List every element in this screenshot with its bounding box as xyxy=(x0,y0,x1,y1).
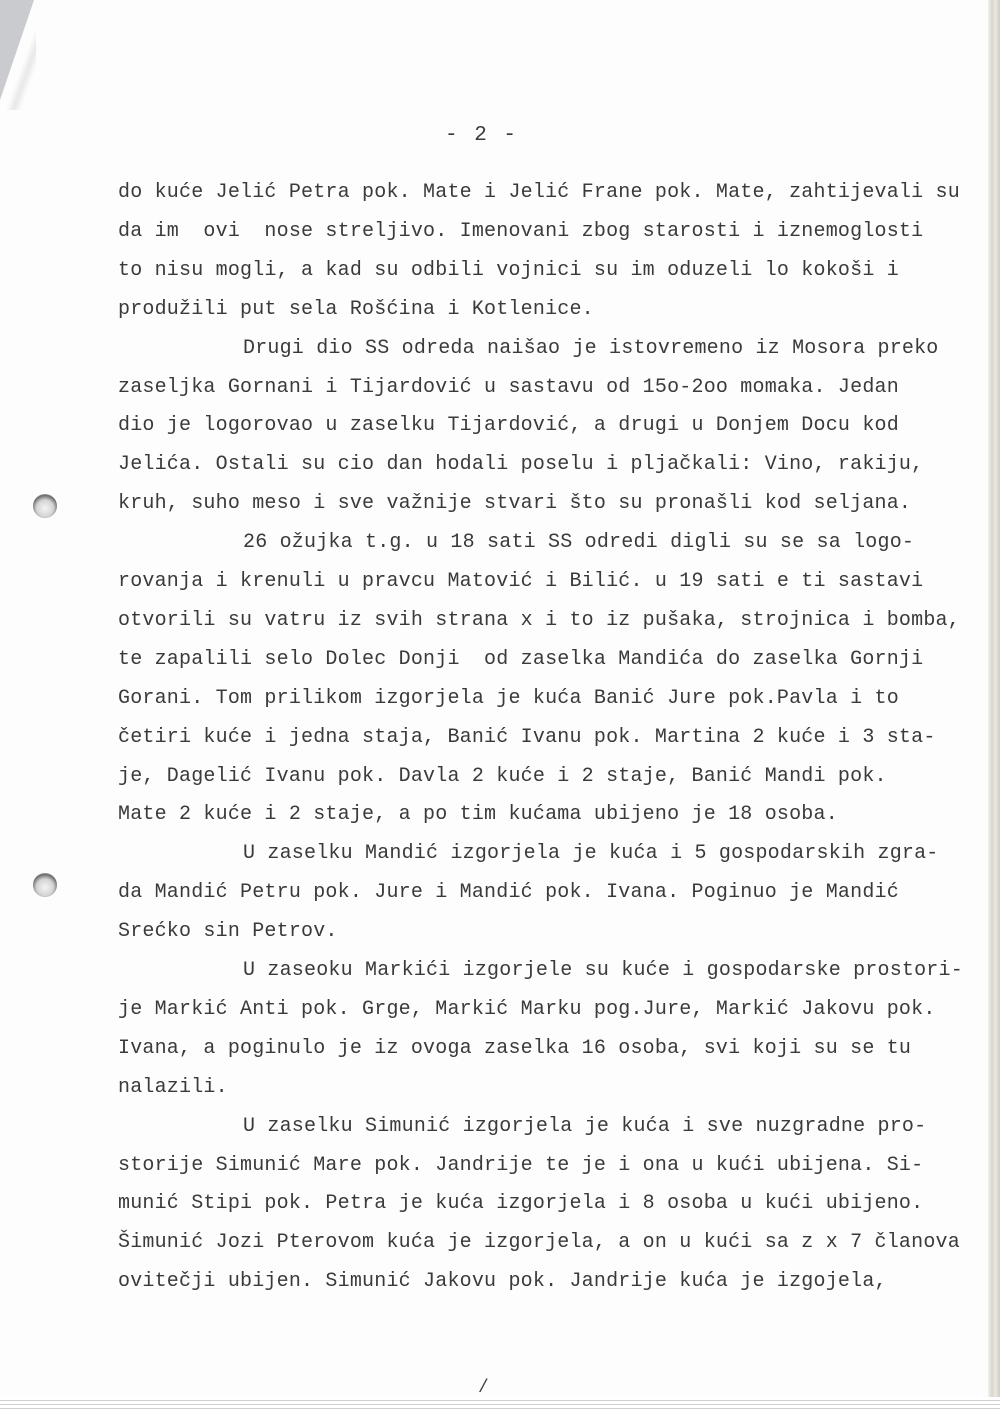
text-line: je Markić Anti pok. Grge, Markić Marku p… xyxy=(118,998,936,1022)
text-line: rovanja i krenuli u pravcu Matović i Bil… xyxy=(118,570,923,594)
text-line: ovitečji ubijen. Simunić Jakovu pok. Jan… xyxy=(118,1270,887,1294)
footer-mark: / xyxy=(478,1378,489,1398)
text-line: otvorili su vatru iz svih strana x i to … xyxy=(118,609,960,633)
text-line: U zaselku Simunić izgorjela je kuća i sv… xyxy=(243,1115,926,1139)
page-fold-edge xyxy=(0,0,36,110)
text-line: Mate 2 kuće i 2 staje, a po tim kućama u… xyxy=(118,803,838,827)
text-line: munić Stipi pok. Petra je kuća izgorjela… xyxy=(118,1192,923,1216)
text-line: da Mandić Petru pok. Jure i Mandić pok. … xyxy=(118,881,899,905)
text-line: te zapalili selo Dolec Donji od zaselka … xyxy=(118,648,923,672)
text-line: do kuće Jelić Petra pok. Mate i Jelić Fr… xyxy=(118,181,960,205)
text-line: to nisu mogli, a kad su odbili vojnici s… xyxy=(118,259,899,283)
text-line: četiri kuće i jedna staja, Banić Ivanu p… xyxy=(118,726,936,750)
text-line: Jelića. Ostali su cio dan hodali poselu … xyxy=(118,453,923,477)
text-line: je, Dagelić Ivanu pok. Davla 2 kuće i 2 … xyxy=(118,765,887,789)
punch-hole-icon xyxy=(33,873,57,897)
text-line: U zaselku Mandić izgorjela je kuća i 5 g… xyxy=(243,842,939,866)
text-line: da im ovi nose streljivo. Imenovani zbog… xyxy=(118,220,923,244)
stacked-pages-right-edge xyxy=(988,0,1000,1411)
text-line: dio je logorovao u zaselku Tijardović, a… xyxy=(118,414,899,438)
page-number: - 2 - xyxy=(445,124,518,147)
text-line: Srećko sin Petrov. xyxy=(118,920,338,944)
text-line: zaseljka Gornani i Tijardović u sastavu … xyxy=(118,376,899,400)
text-line: Gorani. Tom prilikom izgorjela je kuća B… xyxy=(118,687,899,711)
text-line: storije Simunić Mare pok. Jandrije te je… xyxy=(118,1154,923,1178)
text-line: U zaseoku Markići izgorjele su kuće i go… xyxy=(243,959,963,983)
text-line: 26 ožujka t.g. u 18 sati SS odredi digli… xyxy=(243,531,914,555)
text-line: Šimunić Jozi Pterovom kuća je izgorjela,… xyxy=(118,1231,960,1255)
text-line: nalazili. xyxy=(118,1076,228,1100)
text-line: produžili put sela Rošćina i Kotlenice. xyxy=(118,298,594,322)
text-line: Drugi dio SS odreda naišao je istovremen… xyxy=(243,337,939,361)
text-line: Ivana, a poginulo je iz ovoga zaselka 16… xyxy=(118,1037,911,1061)
stacked-pages-bottom-edge xyxy=(0,1397,1000,1411)
text-line: kruh, suho meso i sve važnije stvari što… xyxy=(118,492,911,516)
scanned-document-page: - 2 - do kuće Jelić Petra pok. Mate i Je… xyxy=(0,0,1000,1411)
punch-hole-icon xyxy=(33,494,57,518)
